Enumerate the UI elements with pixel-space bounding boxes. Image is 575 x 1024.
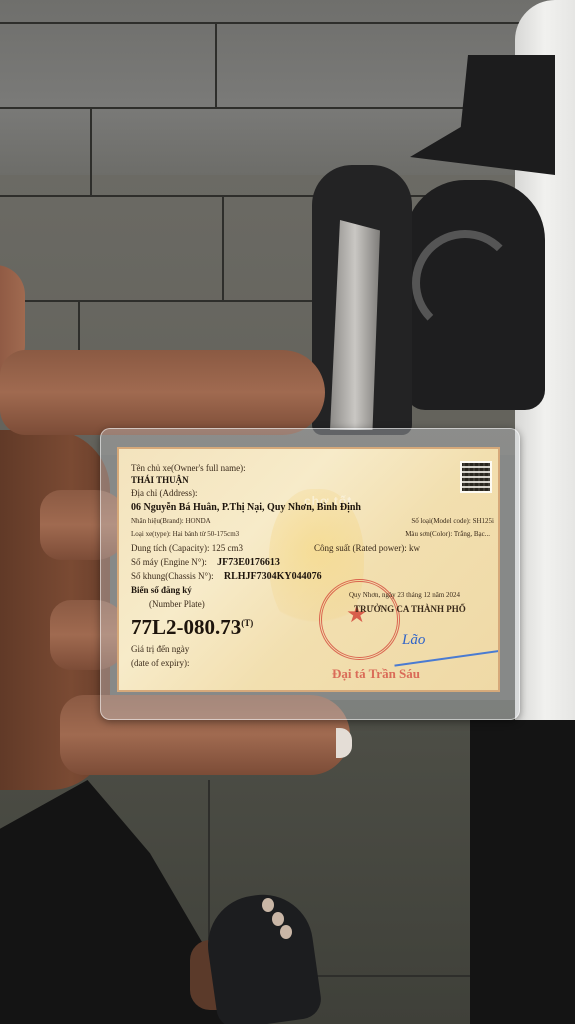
engine-number: JF73E0176613 bbox=[217, 557, 280, 568]
power-row: Công suất (Rated power): kw bbox=[314, 543, 420, 553]
expiry-label-en: (date of expiry): bbox=[131, 658, 189, 668]
pavement-joint bbox=[215, 22, 217, 107]
address-value: 06 Nguyễn Bá Huân, P.Thị Nại, Quy Nhơn, … bbox=[131, 502, 361, 513]
color-row: Màu sơn(Color): Trắng, Bạc... bbox=[405, 530, 490, 538]
toe bbox=[272, 912, 284, 926]
color-value: Trắng, Bạc... bbox=[454, 530, 490, 538]
signature: Lão bbox=[402, 632, 425, 649]
issue-place-date: Quy Nhơn, ngày 23 tháng 12 năm 2024 bbox=[349, 591, 460, 599]
pavement-joint bbox=[222, 195, 224, 300]
engine-label: Số máy (Engine N°): bbox=[131, 557, 207, 567]
owner-name: THÁI THUẬN bbox=[131, 475, 189, 485]
chassis-number: RLHJF7304KY044076 bbox=[224, 571, 322, 582]
qr-code-icon bbox=[460, 461, 492, 493]
pavement-joint bbox=[0, 300, 340, 302]
signature-stroke bbox=[394, 649, 500, 666]
signer-name: Đại tá Trần Sáu bbox=[332, 666, 420, 682]
pavement-joint bbox=[0, 22, 560, 24]
chassis-label: Số khung(Chassis N°): bbox=[131, 571, 214, 581]
pavement-joint bbox=[90, 107, 92, 195]
plate-number: 77L2-080.73 bbox=[131, 615, 241, 639]
plate-label: Biển số đăng ký bbox=[131, 585, 192, 595]
toe bbox=[262, 898, 274, 912]
index-finger bbox=[0, 350, 325, 435]
type-row: Loại xe(type): Hai bánh từ 50-175cm3 bbox=[131, 530, 239, 538]
pavement-joint bbox=[300, 975, 470, 977]
plate-label-en: (Number Plate) bbox=[149, 599, 205, 609]
photo-scene: chợ tốt Tên chủ xe(Owner's full name): T… bbox=[0, 0, 575, 1024]
model-row: Số loại(Model code): SH125i bbox=[411, 517, 494, 525]
address-label: Địa chỉ (Address): bbox=[131, 488, 197, 498]
chassis-row: Số khung(Chassis N°): RLHJF7304KY044076 bbox=[131, 571, 322, 582]
power-value: kw bbox=[409, 543, 420, 553]
brand-label: Nhãn hiệu(Brand): bbox=[131, 517, 184, 525]
type-value: Hai bánh từ 50-175cm3 bbox=[173, 530, 240, 538]
expiry-label: Giá trị đến ngày bbox=[131, 644, 189, 654]
model-value: SH125i bbox=[473, 517, 494, 525]
issuer-title: TRƯỞNG CA THÀNH PHỐ bbox=[354, 604, 466, 614]
model-label: Số loại(Model code): bbox=[411, 517, 471, 525]
plate-suffix: (T) bbox=[241, 618, 253, 628]
capacity-label: Dung tích (Capacity): bbox=[131, 543, 209, 553]
color-label: Màu sơn(Color): bbox=[405, 530, 452, 538]
vehicle-registration-card: chợ tốt Tên chủ xe(Owner's full name): T… bbox=[117, 447, 500, 692]
capacity-value: 125 cm3 bbox=[212, 543, 243, 553]
toe bbox=[280, 925, 292, 939]
capacity-row: Dung tích (Capacity): 125 cm3 bbox=[131, 543, 243, 553]
power-label: Công suất (Rated power): bbox=[314, 543, 407, 553]
brand-row: Nhãn hiệu(Brand): HONDA bbox=[131, 517, 211, 525]
type-label: Loại xe(type): bbox=[131, 530, 171, 538]
plate-number-row: 77L2-080.73(T) bbox=[131, 615, 253, 640]
brand-value: HONDA bbox=[185, 517, 210, 525]
owner-label: Tên chủ xe(Owner's full name): bbox=[131, 463, 246, 473]
scooter-lower-panel bbox=[470, 720, 575, 1024]
engine-row: Số máy (Engine N°): JF73E0176613 bbox=[131, 557, 280, 568]
scooter-wheel-rim bbox=[412, 230, 518, 336]
